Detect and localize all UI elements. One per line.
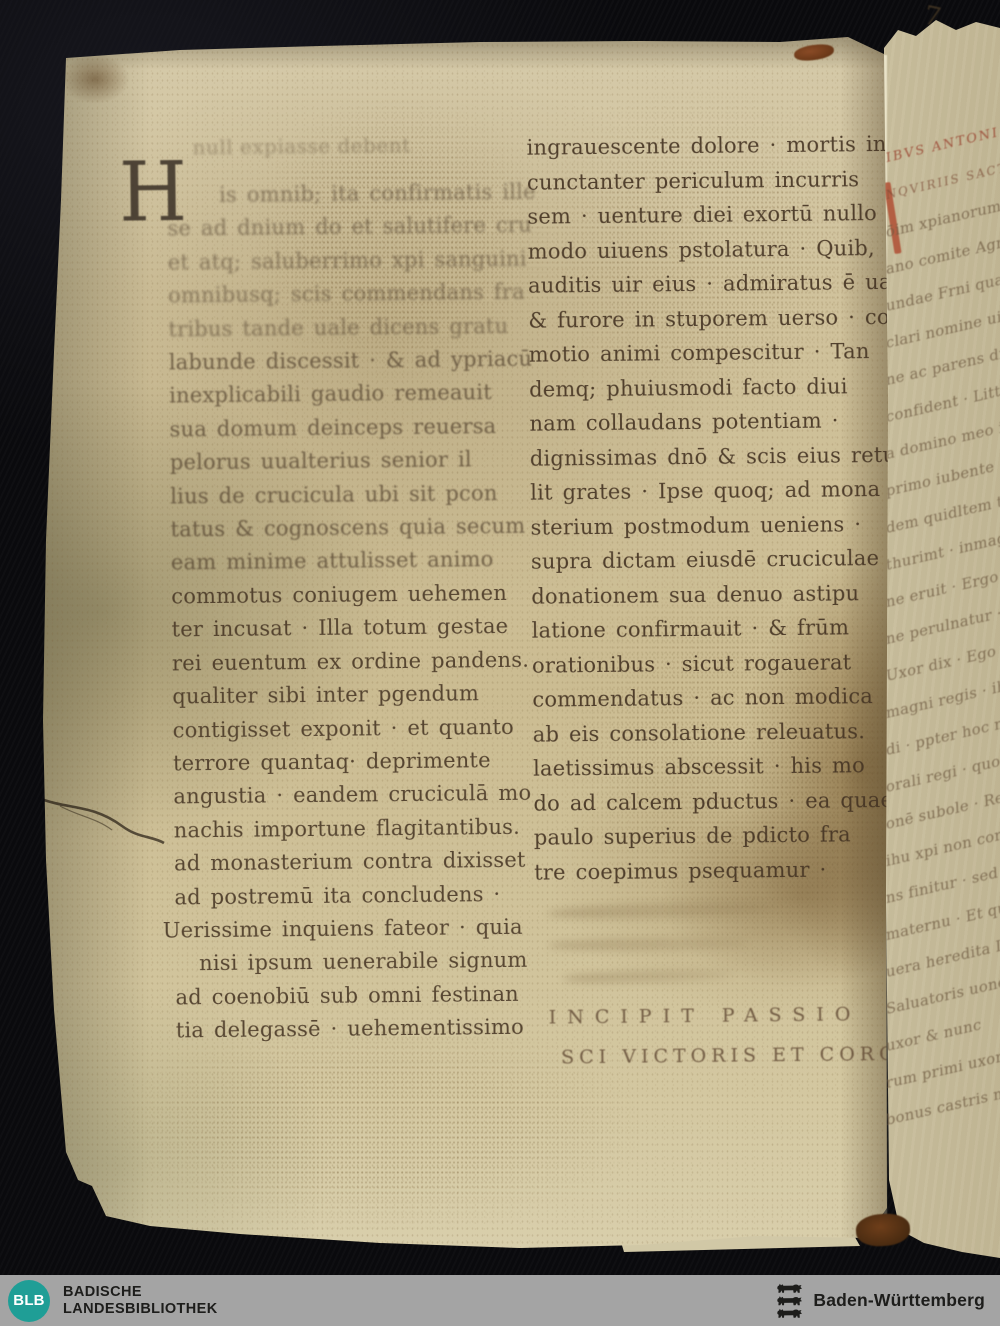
- manuscript-text-line: modo uiuens pstolatura · Quib,: [528, 230, 884, 268]
- faded-first-line: null expiasse debent: [192, 133, 410, 159]
- library-branding-bar: BLB BADISCHE LANDESBIBLIOTHEK Baden-Würt…: [0, 1275, 1000, 1326]
- manuscript-text-line: et atq; saluberrimo xpi sanguini: [168, 243, 508, 280]
- manuscript-text-line: nisi ipsum uenerabile signum: [199, 944, 515, 981]
- manuscript-text-line: ad postremū ita concludens ·: [174, 877, 514, 914]
- manuscript-text-line: tatus & cognoscens quia secum: [170, 510, 510, 547]
- manuscript-text-line: & furore in stuporem uerso · com: [528, 299, 884, 337]
- manuscript-page: null expiasse debent H is omnib; ita con…: [0, 0, 1000, 1326]
- manuscript-text-line: lit grates · Ipse quoq; ad mona: [530, 472, 886, 510]
- manuscript-text-line: se ad dnium do et salutifere cru: [167, 209, 507, 246]
- manuscript-text-line: motio animi compescitur · Tan: [529, 334, 885, 372]
- manuscript-text-line: tia delegassē · uehementissimo: [176, 1011, 516, 1048]
- manuscript-text-line: sem · uenture diei exortū nullo: [527, 196, 883, 234]
- manuscript-text-line: ad coenobiū sub omni festinan: [175, 978, 515, 1015]
- state-brand: Baden-Württemberg: [776, 1282, 1000, 1320]
- manuscript-text-line: is omnib; ita confirmatis ille: [219, 176, 507, 212]
- manuscript-text-line: latione confirmauit · & frūm: [531, 610, 887, 648]
- manuscript-text-line: ad monasterium contra dixisset: [174, 844, 514, 881]
- library-name: BADISCHE LANDESBIBLIOTHEK: [63, 1284, 218, 1318]
- manuscript-text-line: ter incusat · Illa totum gestae: [171, 610, 511, 647]
- manuscript-text-line: nam collaudans potentiam ·: [529, 403, 885, 441]
- baden-wuerttemberg-coat-of-arms-icon: [776, 1282, 803, 1320]
- manuscript-text-line: dignissimas dnō & scis eius retu: [530, 437, 886, 475]
- manuscript-text-line: contigisset exponit · et quanto: [173, 710, 513, 747]
- next-page-text-column: IBVS ANTONINQVIRIIS SACTAōim xpianorum f…: [886, 140, 1000, 1139]
- manuscript-text-line: tribus tande uale dicens gratu: [168, 310, 508, 347]
- manuscript-text-line: angustia · eandem cruciculā mo: [173, 777, 513, 814]
- manuscript-text-line: tre coepimus psequamur ·: [534, 851, 890, 889]
- erased-text-smudge: [563, 968, 733, 985]
- manuscript-text-line: qualiter sibi inter pgendum: [172, 677, 512, 714]
- erased-text-smudge: [547, 900, 777, 920]
- manuscript-text-line: demq; phuiusmodi facto diui: [529, 368, 885, 406]
- manuscript-text-line: orationibus · sicut rogauerat: [532, 644, 888, 682]
- library-brand: BLB BADISCHE LANDESBIBLIOTHEK: [0, 1280, 218, 1322]
- manuscript-text-line: lius de crucicula ubi sit pcon: [170, 477, 510, 514]
- manuscript-text-line: laetissimus abscessit · his mo: [533, 748, 889, 786]
- manuscript-text-line: sterium postmodum ueniens ·: [530, 506, 886, 544]
- manuscript-text-line: do ad calcem pductus · ea quae: [533, 782, 889, 820]
- text-column-left: is omnib; ita confirmatis illese ad dniu…: [167, 176, 516, 1048]
- manuscript-text-line: terrore quantaq· deprimente: [173, 744, 513, 781]
- binding-leather-glimpse: [855, 1212, 911, 1248]
- manuscript-text-line: rei euentum ex ordine pandens.: [172, 644, 512, 681]
- library-name-line1: BADISCHE: [63, 1284, 218, 1301]
- text-column-right: ingrauescente dolore · mortis incunctant…: [526, 127, 890, 890]
- manuscript-text-line: nachis importune flagitantibus.: [174, 811, 514, 848]
- manuscript-text-line: omnibusq; scis commendans fra: [168, 276, 508, 313]
- manuscript-text-line: supra dictam eiusdē cruciculae: [531, 541, 887, 579]
- manuscript-text-line: cunctanter periculum incurris: [527, 161, 883, 199]
- state-name: Baden-Württemberg: [813, 1290, 985, 1311]
- manuscript-text-line: commendatus · ac non modica: [532, 679, 888, 717]
- manuscript-text-line: paulo superius de pdicto fra: [534, 817, 890, 855]
- manuscript-text-line: Uerissime inquiens fateor · quia: [163, 911, 515, 948]
- manuscript-text-line: eam minime attulisset animo: [171, 543, 511, 580]
- manuscript-text-line: pelorus uualterius senior il: [170, 443, 510, 480]
- manuscript-text-line: ingrauescente dolore · mortis in: [526, 127, 882, 165]
- manuscript-text-line: auditis uir eius · admiratus ē ualde ·: [528, 265, 884, 303]
- blb-logo: BLB: [8, 1280, 50, 1322]
- manuscript-text-line: inexplicabili gaudio remeauit: [169, 376, 509, 413]
- erased-text-smudge: [548, 937, 748, 951]
- manuscript-text-line: ab eis consolatione releuatus.: [533, 713, 889, 751]
- library-name-line2: LANDESBIBLIOTHEK: [63, 1301, 218, 1318]
- manuscript-text-block: null expiasse debent H is omnib; ita con…: [0, 0, 1000, 1326]
- manuscript-text-line: commotus coniugem uehemen: [171, 577, 511, 614]
- manuscript-photo-viewer: 7 IBVS ANTONINQVIRIIS SACTAōim xpianorum…: [0, 0, 1000, 1326]
- manuscript-text-line: donationem sua denuo astipu: [531, 575, 887, 613]
- manuscript-text-line: labunde discessit · & ad ypriacū: [169, 343, 509, 380]
- manuscript-text-line: sua domum deinceps reuersa: [169, 410, 509, 447]
